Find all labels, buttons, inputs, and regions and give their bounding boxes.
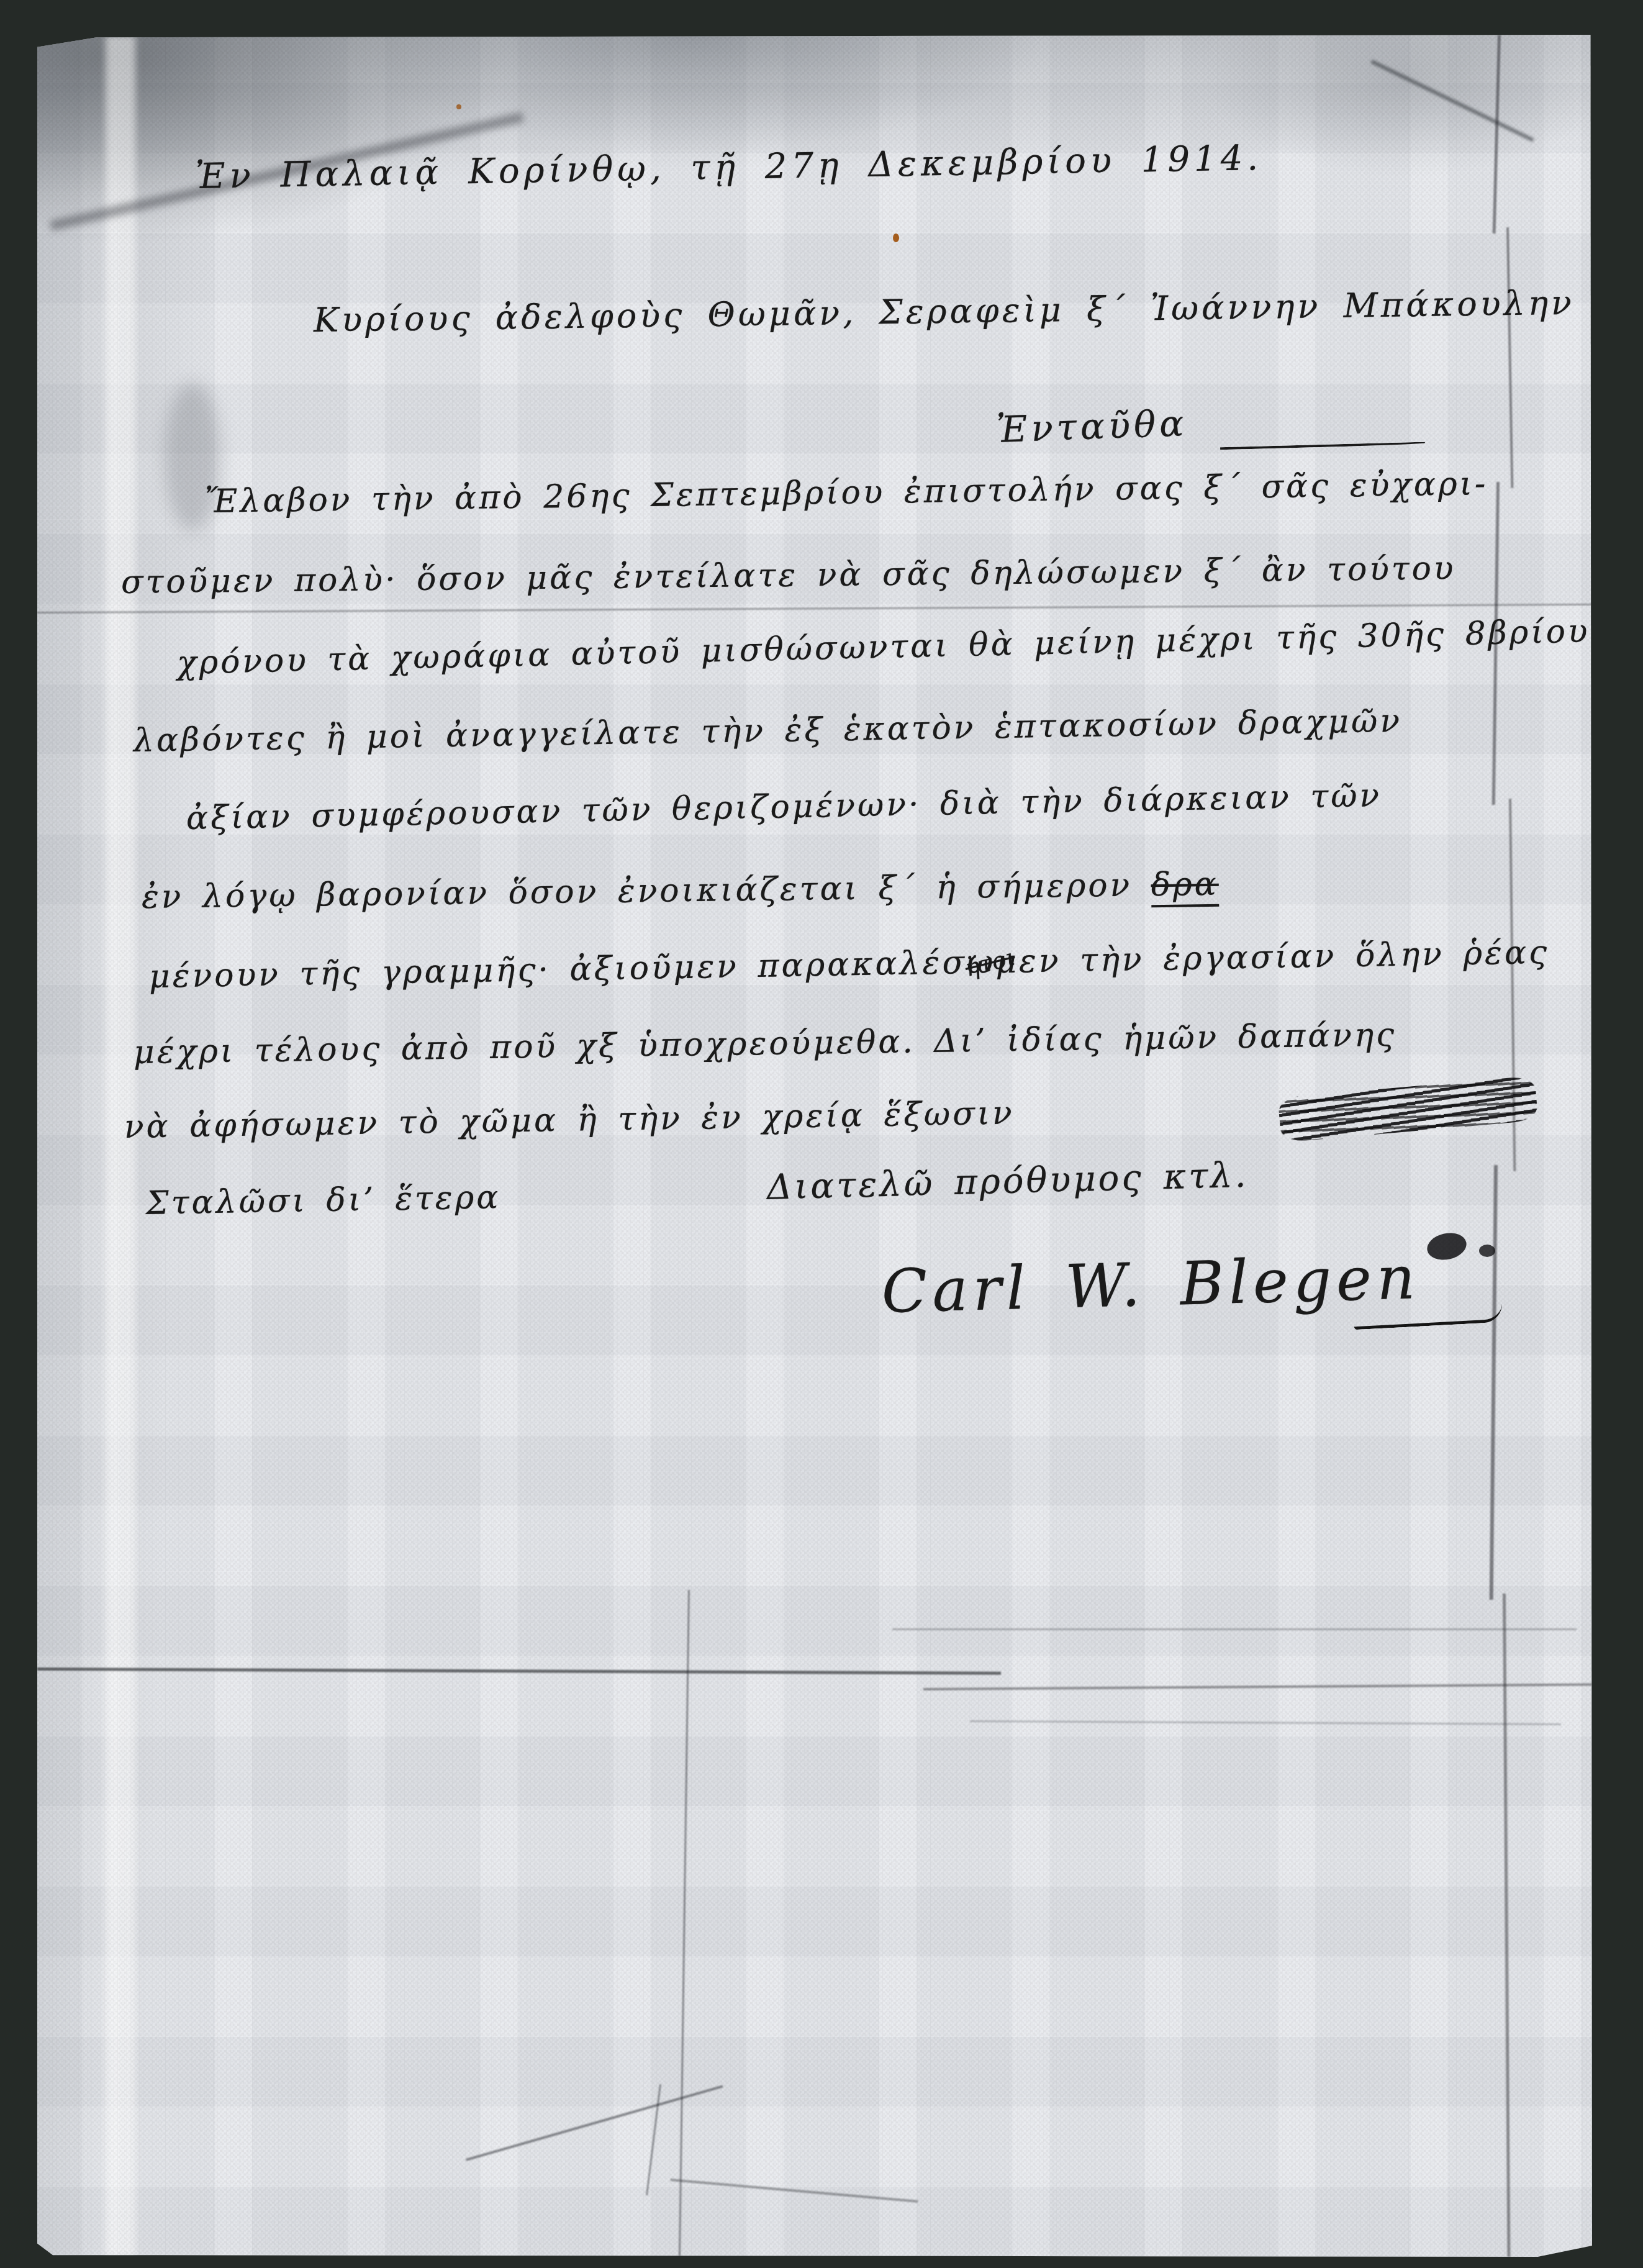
- letter-scan: Ἐν Παλαιᾷ Κορίνθῳ, τῇ 27ῃ Δεκεμβρίου 191…: [0, 0, 1643, 2268]
- photocopy-grain-overlay: [37, 35, 1592, 2257]
- letter-paper: Ἐν Παλαιᾷ Κορίνθῳ, τῇ 27ῃ Δεκεμβρίου 191…: [37, 35, 1592, 2257]
